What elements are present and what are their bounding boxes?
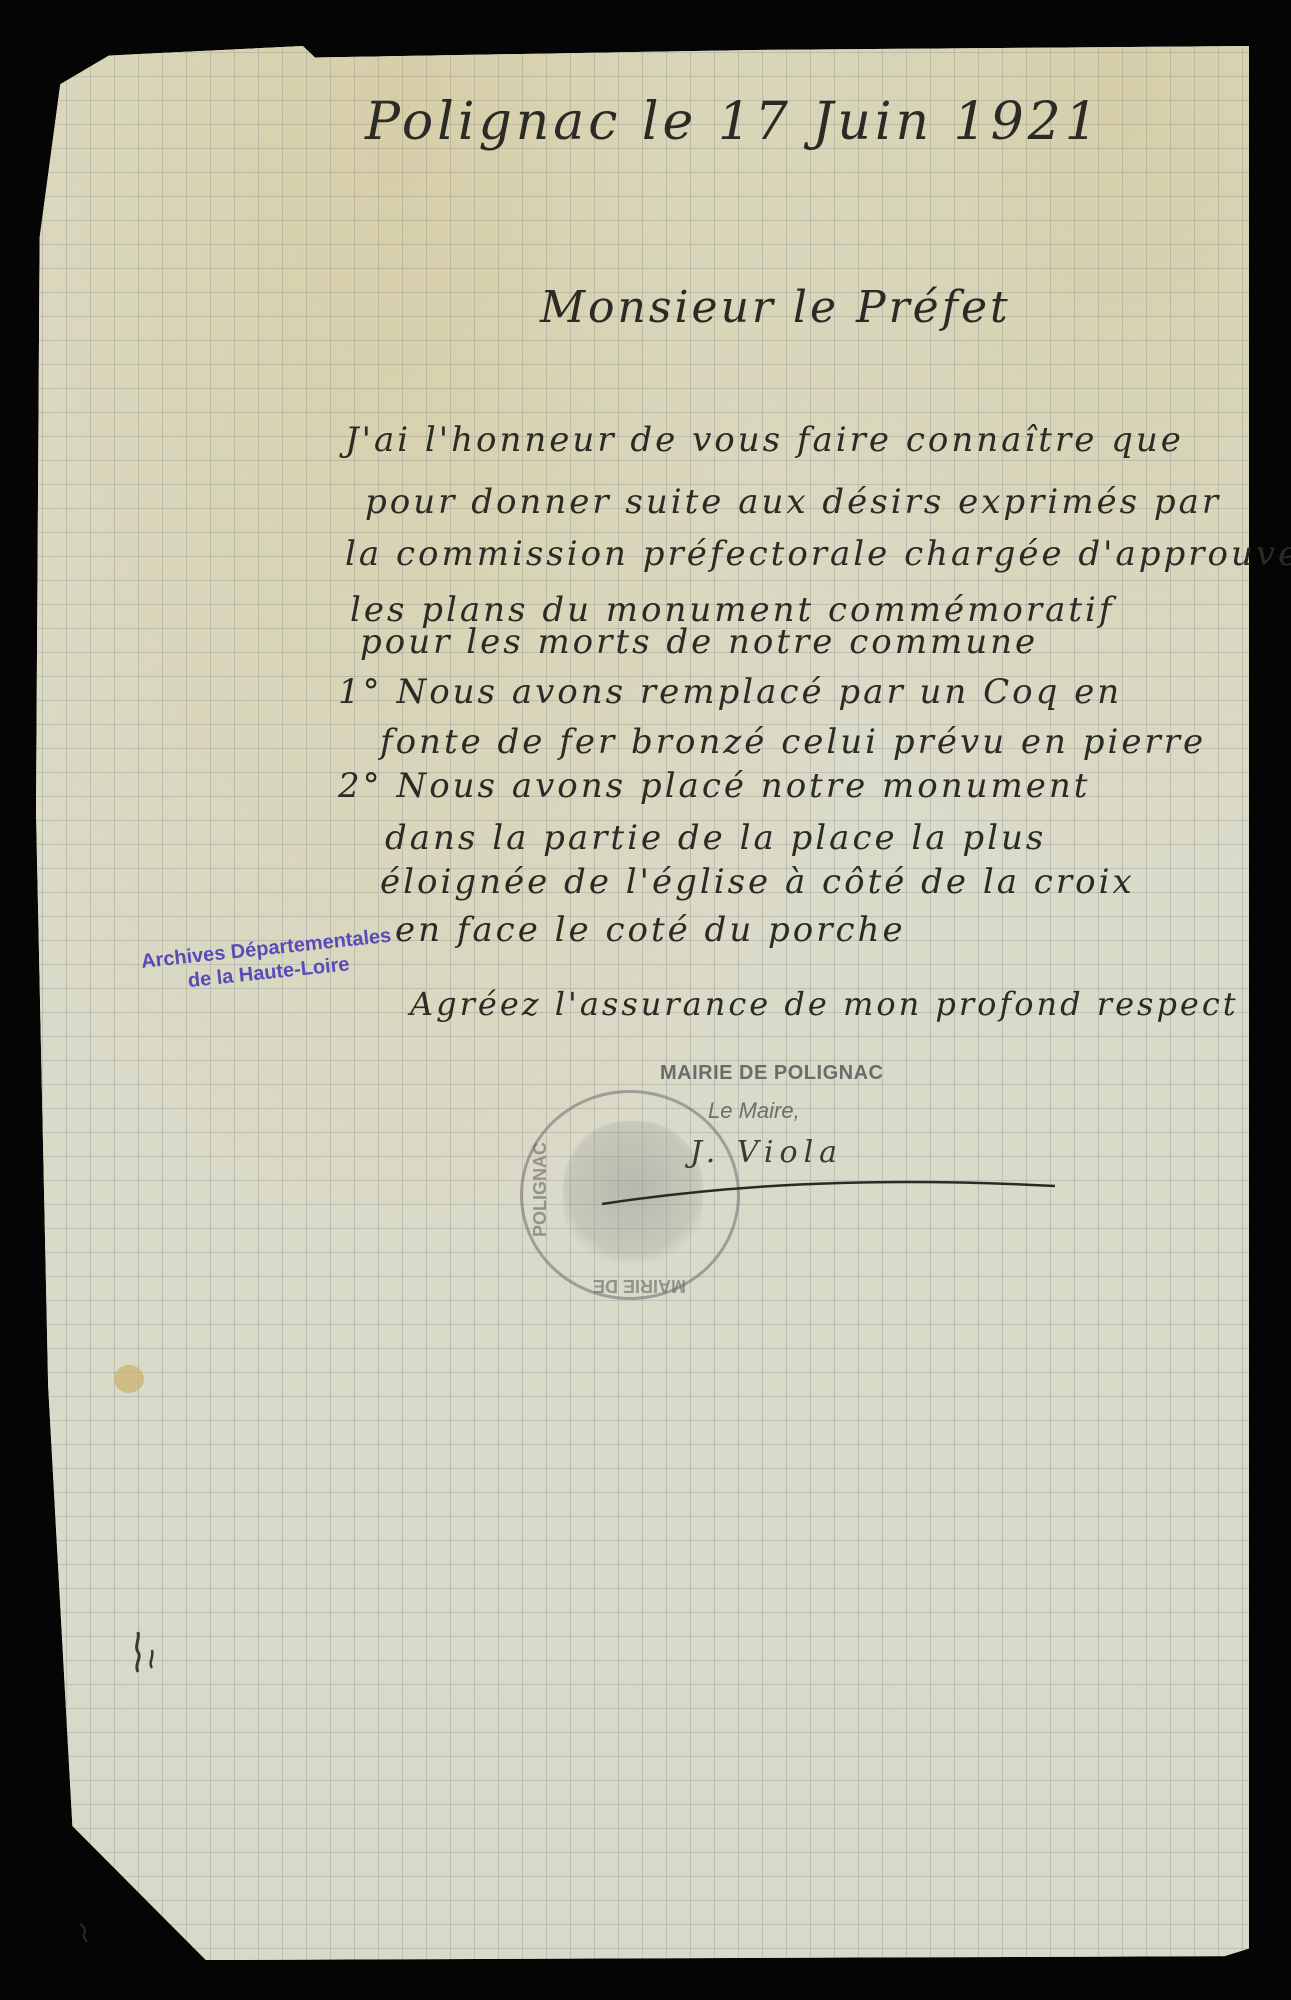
seal-text-left: POLIGNAC	[530, 1142, 551, 1237]
body-line-9: dans la partie de la place la plus	[385, 818, 1046, 858]
body-line-10: éloignée de l'église à côté de la croix	[380, 862, 1135, 902]
salutation: Monsieur le Préfet	[540, 282, 1011, 333]
paper-stain	[114, 1365, 144, 1393]
date-line: Polignac le 17 Juin 1921	[365, 92, 1102, 152]
body-line-2: pour donner suite aux désirs exprimés pa…	[365, 482, 1221, 522]
signature-underline-icon	[600, 1168, 1060, 1208]
margin-ink-mark-icon	[126, 1628, 166, 1688]
body-line-8: 2° Nous avons placé notre monument	[338, 766, 1090, 806]
corner-ink-mark-icon	[78, 1922, 90, 1944]
body-line-7: fonte de fer bronzé celui prévu en pierr…	[380, 722, 1206, 762]
body-line-3: la commission préfectorale chargée d'app…	[345, 534, 1291, 574]
maire-title-stamp: Le Maire,	[708, 1098, 800, 1124]
seal-text-bottom: MAIRIE DE	[593, 1275, 686, 1296]
mairie-header-stamp: MAIRIE DE POLIGNAC	[660, 1062, 883, 1085]
closing-line: Agréez l'assurance de mon profond respec…	[410, 985, 1239, 1023]
body-line-5: pour les morts de notre commune	[360, 622, 1038, 662]
signature: J. Viola	[690, 1135, 843, 1170]
body-line-11: en face le coté du porche	[395, 910, 906, 950]
body-line-6: 1° Nous avons remplacé par un Coq en	[338, 672, 1122, 712]
body-line-1: J'ai l'honneur de vous faire connaître q…	[345, 420, 1184, 460]
